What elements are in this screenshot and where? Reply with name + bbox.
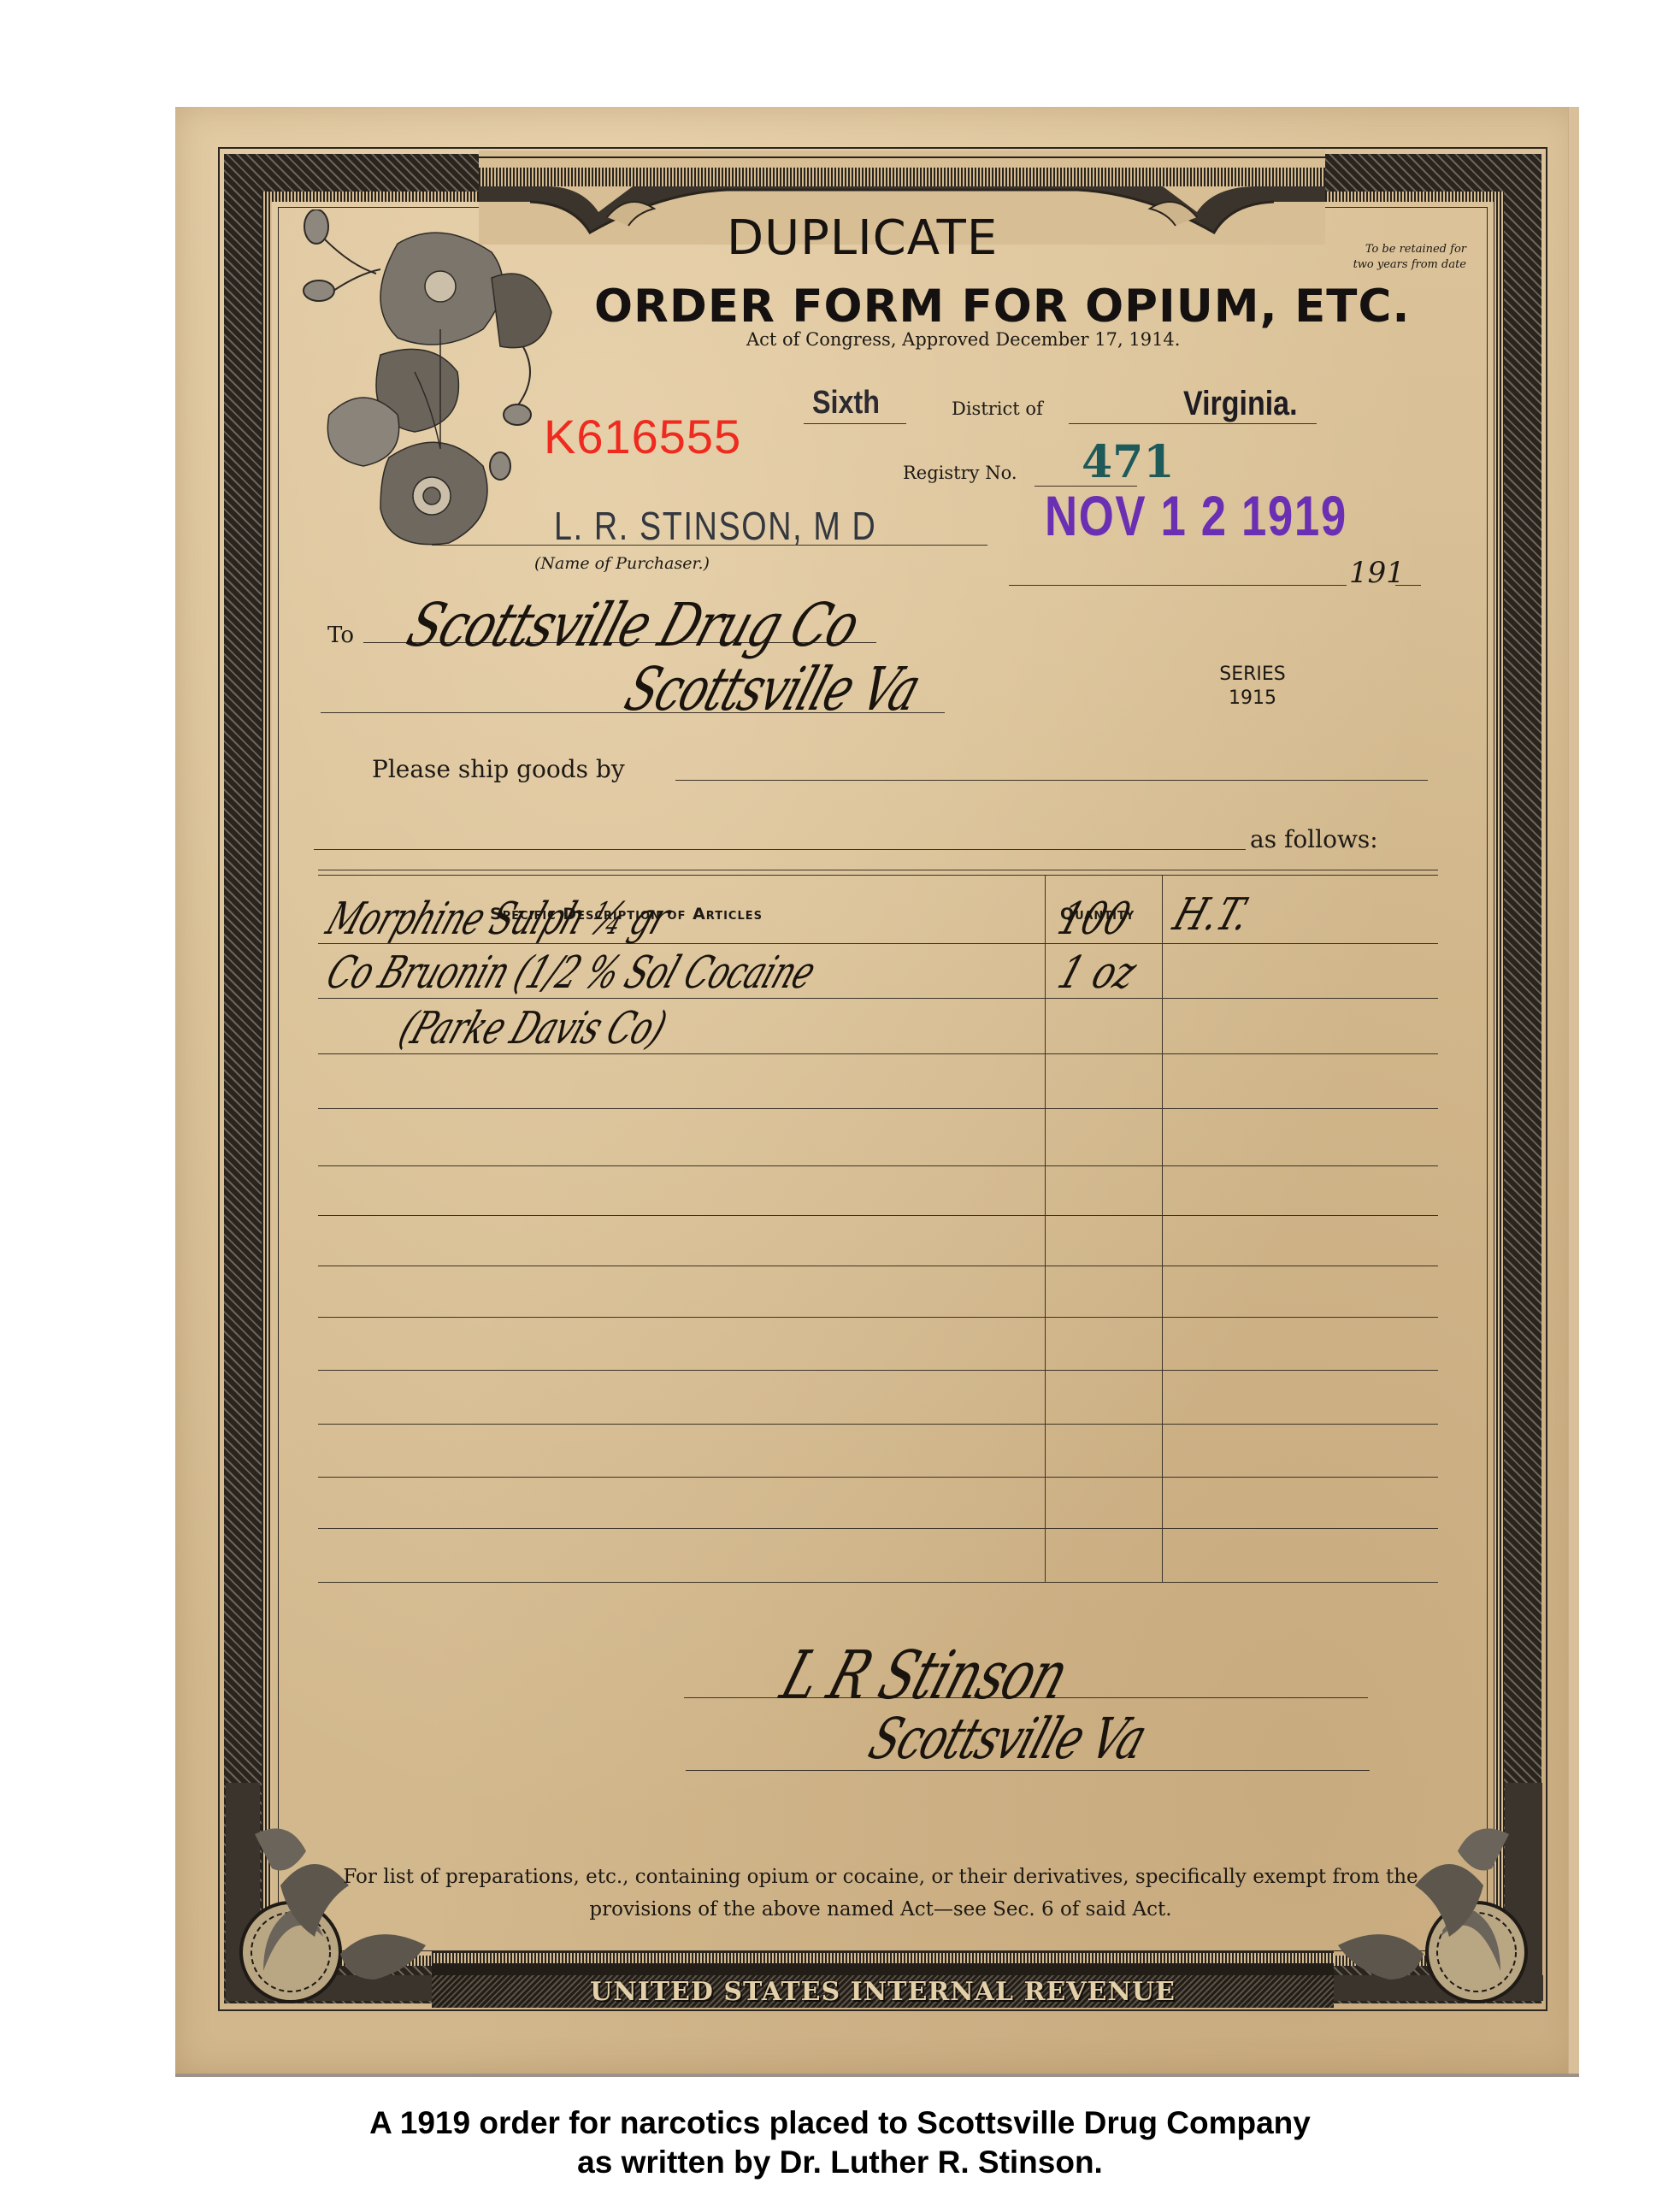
table-row-line — [318, 1317, 1438, 1318]
table-row-line — [318, 1266, 1438, 1266]
table-column-divider — [1045, 875, 1046, 1582]
act-reference: Act of Congress, Approved December 17, 1… — [746, 329, 1180, 350]
table-top-line — [318, 870, 1438, 870]
form-title: ORDER FORM FOR OPIUM, ETC. — [594, 280, 1410, 333]
table-row-line — [318, 1528, 1438, 1529]
district-ordinal: Sixth — [812, 385, 880, 422]
table-row-description: Co Bruonin (1/2 % Sol Cocaine — [320, 947, 822, 999]
purchaser-label: (Name of Purchaser.) — [534, 554, 710, 573]
signature-handwritten: L R Stinson — [772, 1637, 1076, 1714]
copy-label: DUPLICATE — [727, 210, 998, 266]
series-word: SERIES — [1193, 663, 1312, 687]
table-row-line — [318, 1424, 1438, 1425]
table-row-line — [318, 1370, 1438, 1371]
table-top-line-2 — [318, 875, 1438, 876]
table-row-description: (Parke Davis Co) — [392, 1003, 673, 1054]
image-caption: A 1919 order for narcotics placed to Sco… — [0, 2103, 1680, 2182]
table-row-line — [318, 1582, 1438, 1583]
purchaser-name: L. R. STINSON, M D — [554, 503, 876, 549]
to-city-handwritten: Scottsville Va — [617, 654, 928, 724]
table-column-divider — [1162, 875, 1163, 1582]
ship-by-line — [675, 780, 1428, 781]
paper-edge — [1568, 107, 1579, 2074]
district-state: Virginia. — [1183, 385, 1298, 423]
caption-line-2: as written by Dr. Luther R. Stinson. — [0, 2143, 1680, 2182]
district-state-line — [1069, 423, 1317, 424]
year-suffix-line — [1395, 585, 1421, 586]
date-line — [1009, 585, 1347, 586]
revenue-banner: UNITED STATES INTERNAL REVENUE — [432, 1963, 1334, 2008]
table-row-line — [318, 1108, 1438, 1109]
signature-location-handwritten: Scottsville Va — [861, 1706, 1153, 1772]
paper-shadow — [175, 2074, 1579, 2077]
date-stamp: NOV 1 2 1919 — [1045, 483, 1347, 548]
to-label: To — [327, 622, 354, 648]
district-ordinal-line — [804, 423, 906, 424]
exemption-footnote: For list of preparations, etc., containi… — [338, 1861, 1424, 1926]
caption-line-1: A 1919 order for narcotics placed to Sco… — [0, 2103, 1680, 2143]
registry-label: Registry No. — [903, 463, 1017, 483]
retention-note: To be retained for two years from date — [1342, 242, 1466, 273]
serial-number: K616555 — [544, 409, 741, 464]
district-label: District of — [952, 398, 1043, 419]
series-year: 1915 — [1193, 687, 1312, 711]
ship-by-line-2 — [314, 849, 1246, 850]
ship-by-label: Please ship goods by — [372, 755, 625, 783]
revenue-banner-text: UNITED STATES INTERNAL REVENUE — [590, 1977, 1176, 2007]
poppy-engraving-icon — [286, 209, 569, 569]
to-name-handwritten: Scottsville Drug Co — [399, 590, 868, 660]
table-row-line — [318, 1215, 1438, 1216]
table-row-description: Morphine Sulph ¼ gr — [320, 894, 676, 945]
series-label: SERIES 1915 — [1193, 663, 1312, 711]
as-follows-label: as follows: — [1250, 825, 1378, 853]
table-row-line — [318, 1477, 1438, 1478]
registry-number: 471 — [1082, 436, 1175, 488]
table-row-line — [318, 1165, 1438, 1166]
